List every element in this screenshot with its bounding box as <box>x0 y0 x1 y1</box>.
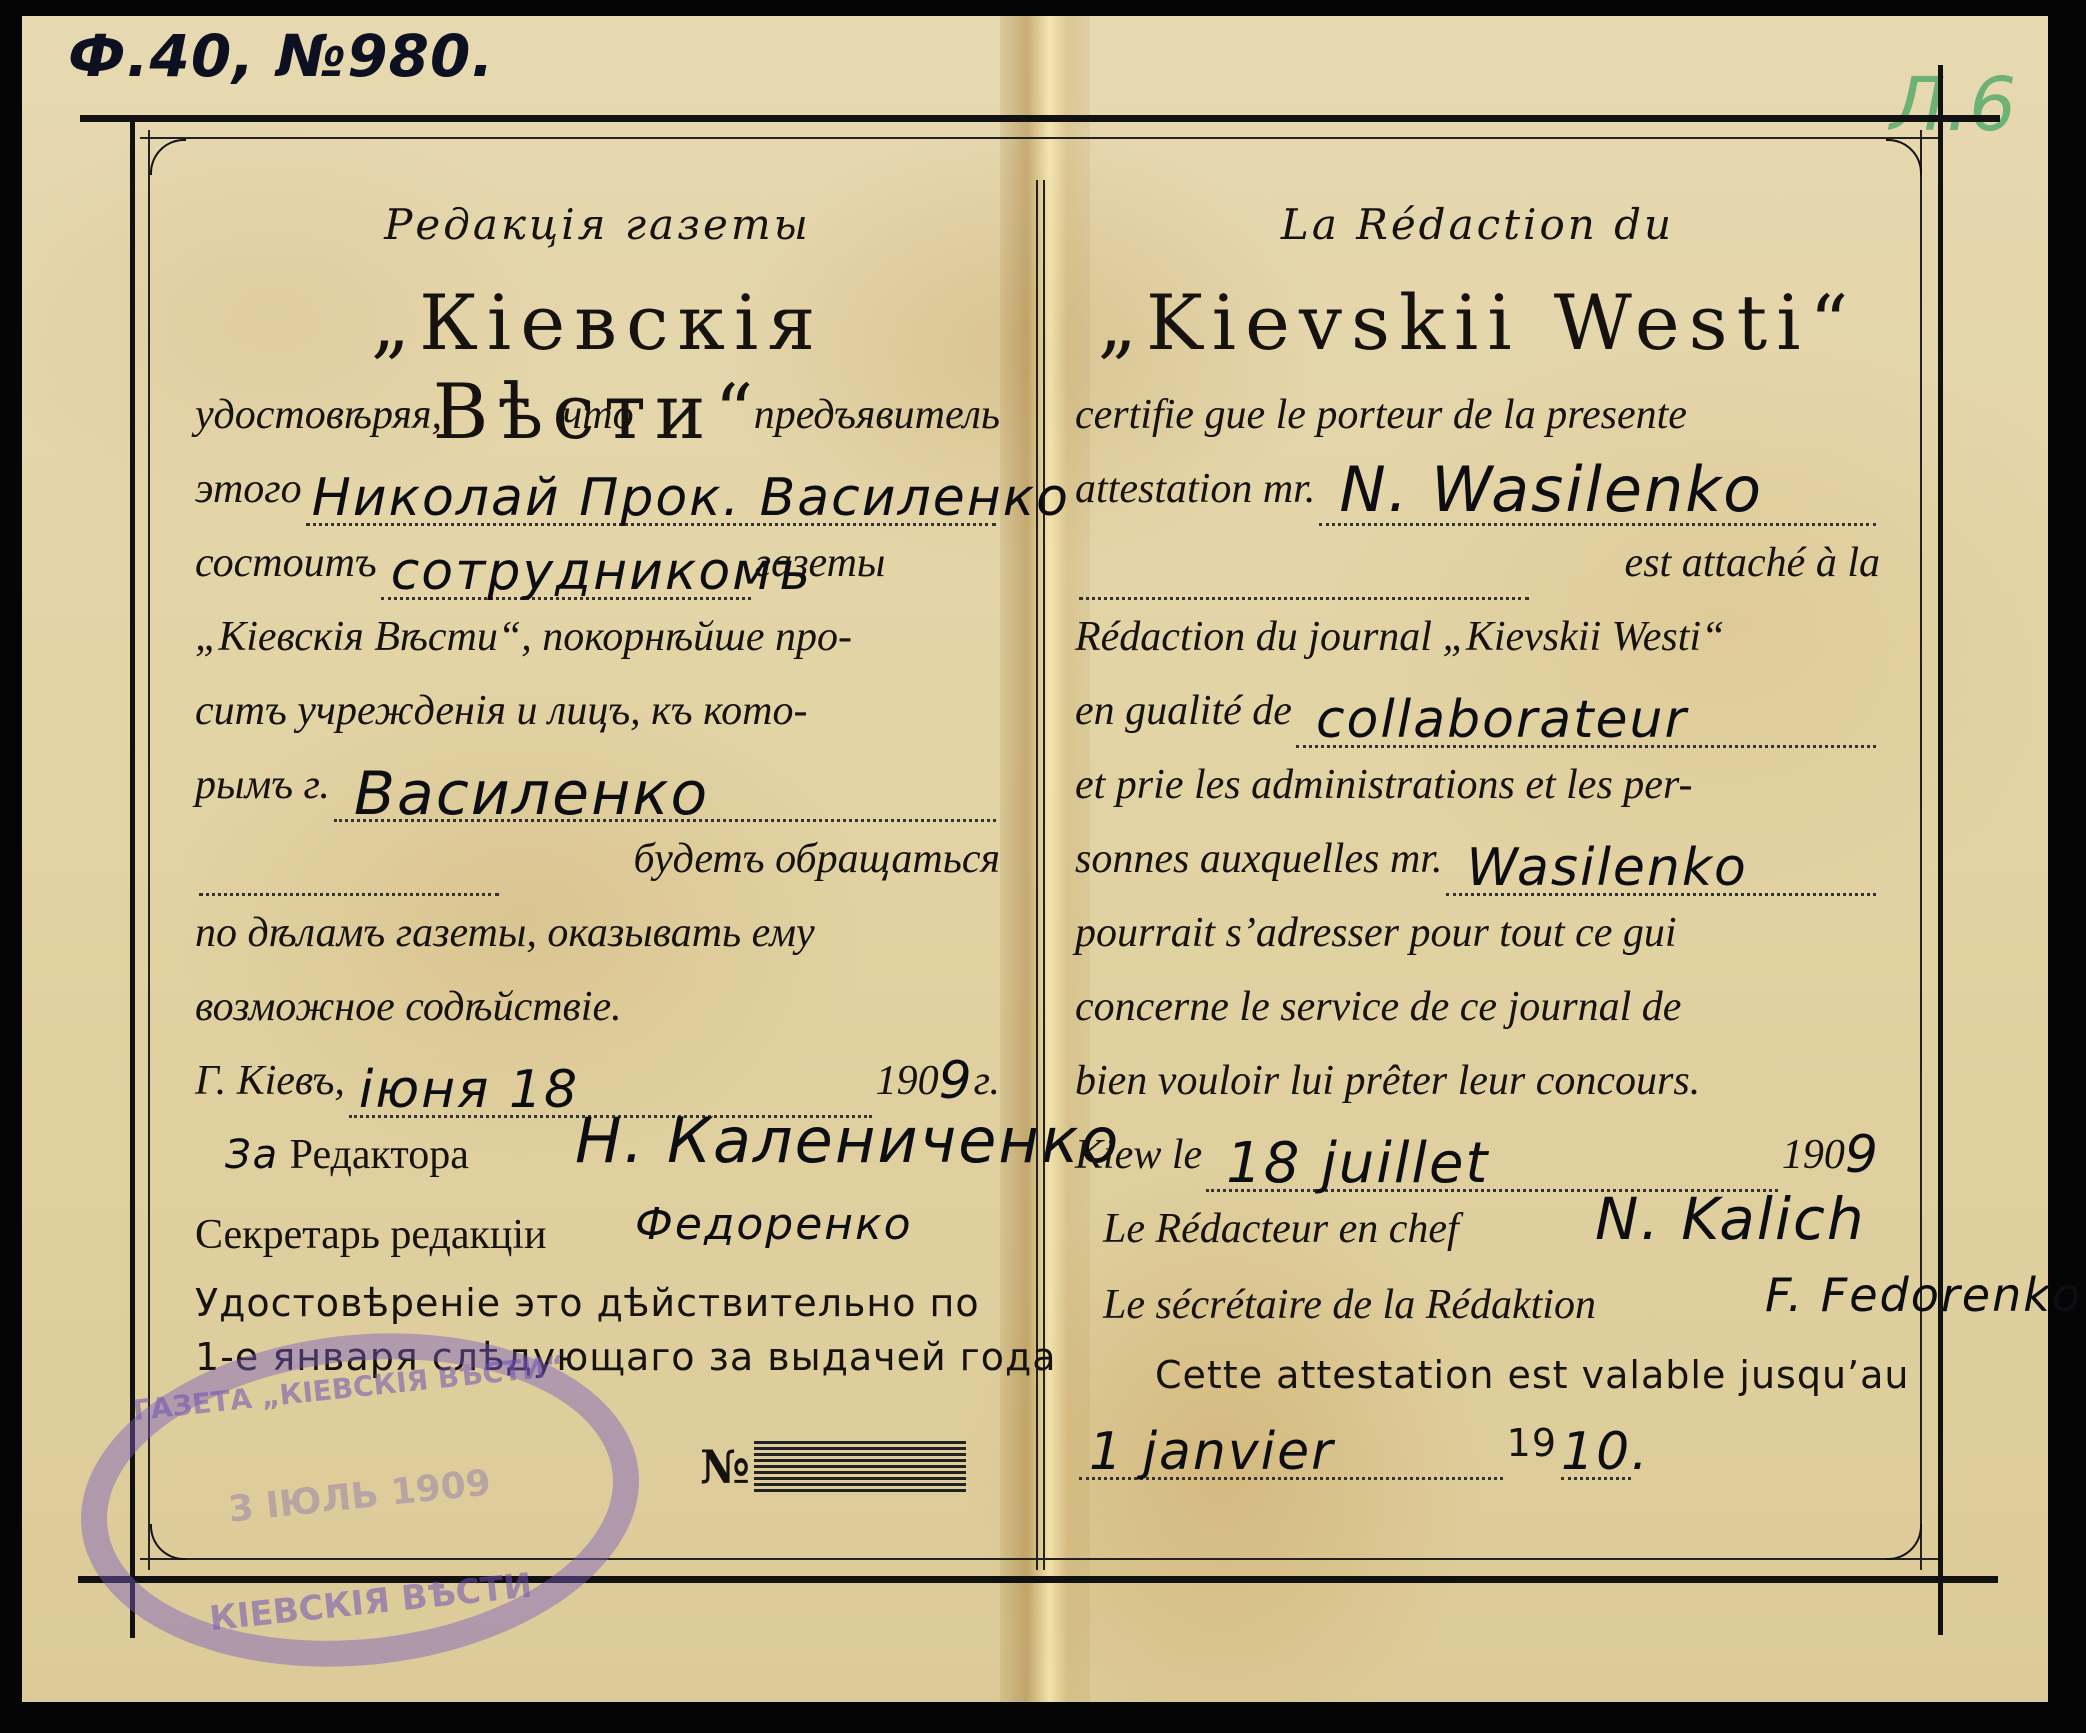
left-line-4: „Кіевскія Вѣсти“, покорнѣйше про- <box>195 600 1000 674</box>
secretary-signature: F. Fedorenko <box>1765 1258 2082 1332</box>
editor-signature: N. Kalich <box>1595 1182 1866 1256</box>
editor-signature: Н. Калениченко <box>575 1104 1120 1178</box>
right-line-8: pourrait s’adresser pour tout ce gui <box>1075 896 1880 970</box>
text: удостовѣряя, <box>195 378 442 452</box>
right-line-6: et prie les administrations et les per- <box>1075 748 1880 822</box>
right-line-attached: est attaché à la <box>1075 526 1880 600</box>
text: состоитъ <box>195 526 377 600</box>
valid-until-field: 1 janvier <box>1079 1425 1503 1480</box>
left-newspaper-title: „Кіевскія Вѣсти“ <box>195 278 1000 378</box>
right-line-surname: sonnes auxquelles mr. Wasilenko <box>1075 822 1880 896</box>
right-valid-until-line: 1 janvier 19 10. <box>1075 1406 1635 1480</box>
frame-left-inner-rule <box>148 130 150 1570</box>
russian-column: Редакція газеты „Кіевскія Вѣсти“ удостов… <box>195 200 1000 1384</box>
frame-right-inner-rule <box>1920 130 1922 1570</box>
left-line-position: состоитъ сотрудникомъ газеты <box>195 526 1000 600</box>
editor-label: Le Rédacteur en chef <box>1103 1206 1459 1252</box>
handwritten-bearer-name: N. Wasilenko <box>1339 453 1763 527</box>
right-line-9: concerne le service de ce journal de <box>1075 970 1880 1044</box>
position-field: сотрудникомъ <box>381 545 751 600</box>
right-secretary-line: Le sécrétaire de la Rédaktion F. Fedoren… <box>1075 1268 1880 1344</box>
handwritten-surname: Wasilenko <box>1466 831 1747 905</box>
right-validity-line: Cette attestation est valable jusqu’au <box>1075 1344 1880 1406</box>
position-field: collaborateur <box>1296 693 1876 748</box>
left-line-1: удостовѣряя, что предъявитель <box>195 378 1000 452</box>
text: 19 <box>1507 1406 1557 1480</box>
left-line-will-apply: будетъ обращаться <box>195 822 1000 896</box>
text: будетъ обращаться <box>503 822 1000 896</box>
handwritten-valid-until: 1 janvier <box>1089 1415 1334 1489</box>
left-line-bearer: этого Николай Прок. Василенко <box>195 452 1000 526</box>
stamp-date: 3 ІЮЛЬ 1909 <box>105 1450 615 1544</box>
text: est attaché à la <box>1533 526 1880 600</box>
handwritten-surname: Василенко <box>354 757 709 831</box>
number-hatch-field <box>754 1441 966 1493</box>
right-line-position: en gualité de collaborateur <box>1075 674 1880 748</box>
margin-pencil-mark: Л.6 <box>1890 62 2016 148</box>
right-date-line: Kiew le 18 juillet 190 9 <box>1075 1118 1880 1192</box>
surname-field: Wasilenko <box>1446 841 1876 896</box>
secretary-signature: Федоренко <box>635 1188 913 1262</box>
bearer-name-field: Николай Прок. Василенко <box>306 471 996 526</box>
left-line-8: по дѣламъ газеты, оказывать ему <box>195 896 1000 970</box>
text: sonnes auxquelles mr. <box>1075 822 1442 896</box>
editor-label: Редактора <box>290 1132 469 1178</box>
blank-field <box>199 841 499 896</box>
left-line-5: ситъ учрежденія и лицъ, къ кото- <box>195 674 1000 748</box>
text: рымъ г. <box>195 748 330 822</box>
secretary-label: Секретарь редакціи <box>195 1212 547 1258</box>
right-heading: La Rédaction du <box>1075 200 1880 260</box>
text: 190 <box>1782 1118 1845 1192</box>
left-secretary-line: Секретарь редакціи Федоренко <box>195 1198 1000 1276</box>
right-editor-line: Le Rédacteur en chef N. Kalich <box>1075 1192 1880 1268</box>
handwritten-position: сотрудникомъ <box>391 535 812 609</box>
text: этого <box>195 452 302 526</box>
left-validity-1: Удостовѣреніе это дѣйствительно по <box>195 1276 1000 1330</box>
text: en gualité de <box>1075 674 1292 748</box>
right-line-10: bien vouloir lui prêter leur concours. <box>1075 1044 1880 1118</box>
frame-top-inner-rule <box>140 137 1940 139</box>
handwritten-position: collaborateur <box>1316 683 1688 757</box>
blank-field <box>1079 545 1529 600</box>
secretary-label: Le sécrétaire de la Rédaktion <box>1103 1282 1596 1328</box>
right-line-4: Rédaction du journal „Kievskii Westi“ <box>1075 600 1880 674</box>
text: Kiew le <box>1075 1118 1202 1192</box>
left-editor-line: За Редактора Н. Калениченко <box>195 1118 1000 1198</box>
left-line-9: возможное содѣйствіе. <box>195 970 1000 1044</box>
surname-field: Василенко <box>334 767 996 822</box>
handwritten-valid-year: 10. <box>1561 1415 1650 1489</box>
right-line-bearer: attestation mr. N. Wasilenko <box>1075 452 1880 526</box>
right-line-1: certifie gue le porteur de la presente <box>1075 378 1880 452</box>
handwritten-date: іюня 18 <box>359 1053 579 1127</box>
handwritten-year: 9 <box>1845 1118 1880 1192</box>
text: attestation mr. <box>1075 452 1315 526</box>
text: Г. Кіевъ, <box>195 1044 345 1118</box>
right-newspaper-title: „Kievskii Westi“ <box>1075 278 1880 378</box>
certificate-number: № <box>700 1440 966 1494</box>
text: что <box>562 378 633 452</box>
left-heading: Редакція газеты <box>195 200 1000 260</box>
handwritten-date: 18 juillet <box>1226 1127 1489 1201</box>
bearer-name-field: N. Wasilenko <box>1319 471 1876 526</box>
text: предъявитель <box>754 378 1000 452</box>
french-column: La Rédaction du „Kievskii Westi“ certifi… <box>1075 200 1880 1480</box>
frame-right-rule <box>1938 65 1943 1635</box>
valid-year-field: 10. <box>1561 1425 1631 1480</box>
handwritten-bearer-name: Николай Прок. Василенко <box>312 461 1070 535</box>
handwritten-za: За <box>225 1132 279 1178</box>
left-line-to-whom: рымъ г. Василенко <box>195 748 1000 822</box>
archive-reference: Ф.40, №980. <box>68 22 494 90</box>
number-sign: № <box>700 1440 750 1494</box>
frame-top-rule <box>80 115 2000 122</box>
